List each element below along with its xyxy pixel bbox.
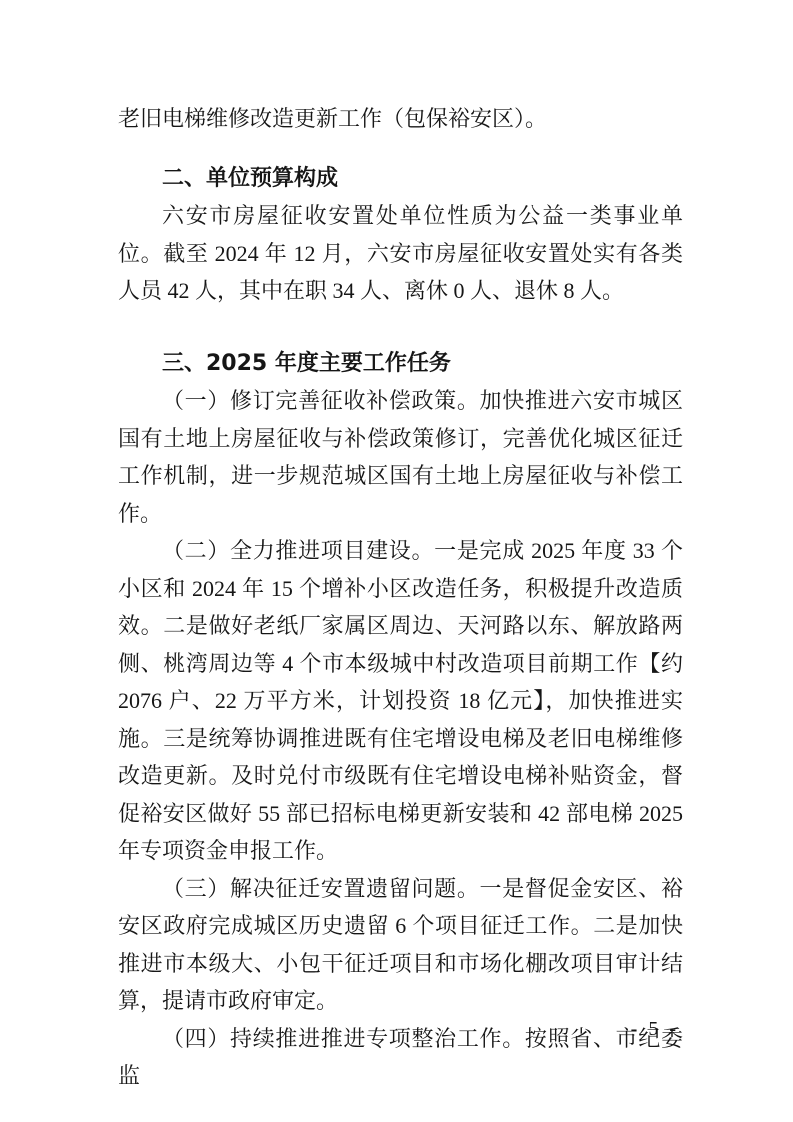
paragraph-task-2-project-construction: （二）全力推进项目建设。一是完成 2025 年度 33 个小区和 2024 年 … (118, 532, 683, 870)
heading-section-3-main-tasks-2025: 三、2025 年度主要工作任务 (118, 345, 683, 383)
page-number: - 5 - (631, 1017, 679, 1041)
paragraph-unit-staff: 六安市房屋征收安置处单位性质为公益一类事业单位。截至 2024 年 12 月，六… (118, 197, 683, 310)
paragraph-task-3-resettlement-issues: （三）解决征迁安置遗留问题。一是督促金安区、裕安区政府完成城区历史遗留 6 个项… (118, 870, 683, 1020)
document-page: 老旧电梯维修改造更新工作（包保裕安区）。 二、单位预算构成 六安市房屋征收安置处… (0, 0, 793, 1122)
paragraph-task-4-special-rectification: （四）持续推进推进专项整治工作。按照省、市纪委监 (118, 1020, 683, 1095)
heading-section-2-budget-composition: 二、单位预算构成 (118, 160, 683, 198)
document-content: 老旧电梯维修改造更新工作（包保裕安区）。 二、单位预算构成 六安市房屋征收安置处… (118, 100, 683, 1095)
paragraph-task-1-compensation-policy: （一）修订完善征收补偿政策。加快推进六安市城区国有土地上房屋征收与补偿政策修订，… (118, 382, 683, 532)
paragraph-continuation: 老旧电梯维修改造更新工作（包保裕安区）。 (118, 100, 683, 138)
